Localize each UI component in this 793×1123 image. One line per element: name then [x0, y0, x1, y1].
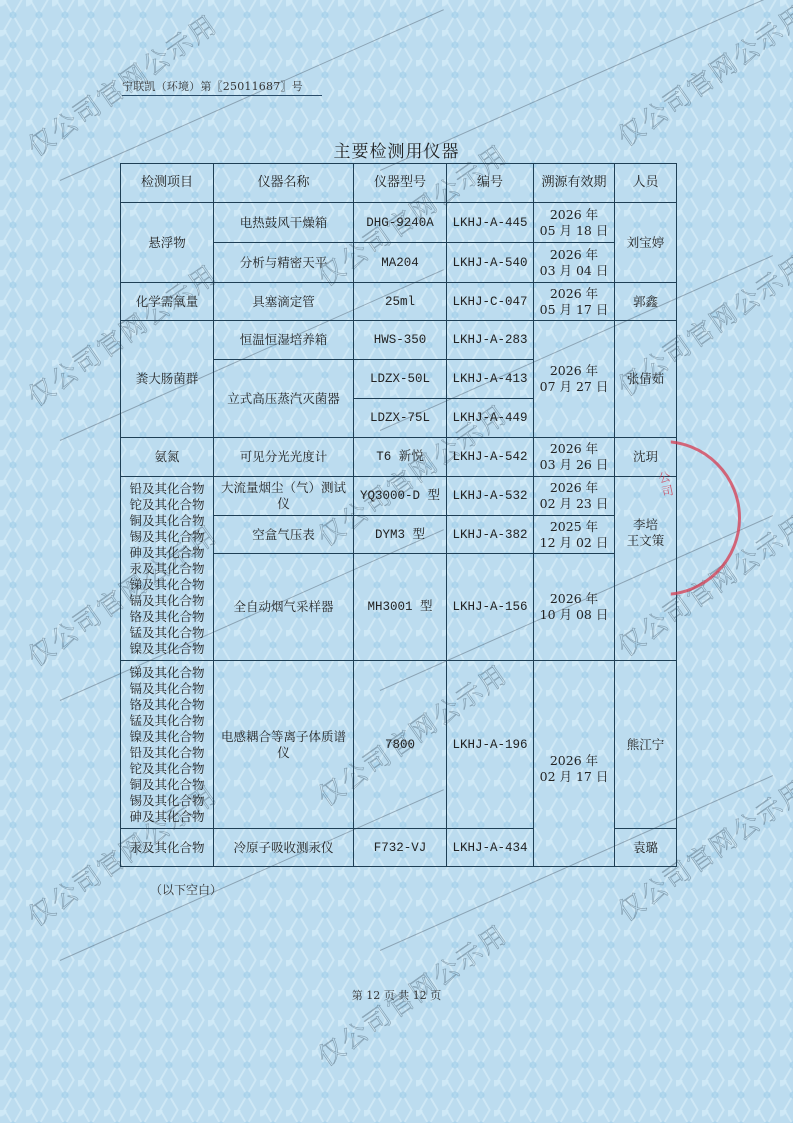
test-item-entry: 锑及其化合物 — [124, 577, 210, 593]
test-item-entry: 镍及其化合物 — [124, 729, 210, 745]
instrument-table: 检测项目 仪器名称 仪器型号 编号 溯源有效期 人员 悬浮物 电热鼓风干燥箱 D… — [120, 163, 677, 867]
instrument-name-cell: 立式高压蒸汽灭菌器 — [214, 360, 354, 438]
test-item-entry: 镉及其化合物 — [124, 681, 210, 697]
model-cell: F732-VJ — [354, 829, 447, 867]
personnel-cell: 郭鑫 — [615, 283, 677, 321]
test-item-cell: 化学需氧量 — [121, 283, 214, 321]
validity-cell: 2026 年05 月 18 日 — [534, 203, 615, 243]
validity-date: 05 月 17 日 — [537, 302, 611, 318]
id-cell: LKHJ-A-156 — [447, 554, 534, 661]
personnel-cell: 沈玥 — [615, 438, 677, 477]
test-item-entry: 砷及其化合物 — [124, 545, 210, 561]
test-item-cell: 悬浮物 — [121, 203, 214, 283]
test-item-entry: 铜及其化合物 — [124, 777, 210, 793]
table-row: 悬浮物 电热鼓风干燥箱 DHG-9240A LKHJ-A-445 2026 年0… — [121, 203, 677, 243]
test-item-entry: 锰及其化合物 — [124, 625, 210, 641]
column-header-model: 仪器型号 — [354, 164, 447, 203]
id-cell: LKHJ-A-283 — [447, 321, 534, 360]
test-item-entry: 锡及其化合物 — [124, 793, 210, 809]
id-cell: LKHJ-A-445 — [447, 203, 534, 243]
id-cell: LKHJ-A-449 — [447, 399, 534, 438]
validity-date: 05 月 18 日 — [537, 223, 611, 239]
instrument-name-cell: 冷原子吸收测汞仪 — [214, 829, 354, 867]
validity-year: 2026 年 — [537, 247, 611, 263]
personnel-cell: 李培王文策 — [615, 477, 677, 661]
test-item-entry: 铊及其化合物 — [124, 761, 210, 777]
validity-year: 2025 年 — [537, 519, 611, 535]
validity-cell: 2026 年05 月 17 日 — [534, 283, 615, 321]
test-item-entry: 铬及其化合物 — [124, 697, 210, 713]
id-cell: LKHJ-A-413 — [447, 360, 534, 399]
validity-cell: 2026 年10 月 08 日 — [534, 554, 615, 661]
model-cell: MA204 — [354, 243, 447, 283]
validity-date: 03 月 26 日 — [537, 457, 611, 473]
validity-date: 07 月 27 日 — [537, 379, 611, 395]
validity-date: 02 月 17 日 — [537, 769, 611, 785]
test-item-cell: 氨氮 — [121, 438, 214, 477]
instrument-name-cell: 具塞滴定管 — [214, 283, 354, 321]
model-cell: MH3001 型 — [354, 554, 447, 661]
personnel-name: 王文策 — [618, 533, 673, 549]
test-item-entry: 锡及其化合物 — [124, 529, 210, 545]
id-cell: LKHJ-C-047 — [447, 283, 534, 321]
table-row: 锑及其化合物镉及其化合物铬及其化合物锰及其化合物镍及其化合物铅及其化合物铊及其化… — [121, 661, 677, 829]
test-item-entry: 汞及其化合物 — [124, 561, 210, 577]
validity-year: 2026 年 — [537, 591, 611, 607]
test-item-entry: 镉及其化合物 — [124, 593, 210, 609]
personnel-cell: 刘宝婷 — [615, 203, 677, 283]
column-header-validity: 溯源有效期 — [534, 164, 615, 203]
model-cell: T6 新悦 — [354, 438, 447, 477]
instrument-name-cell: 空盒气压表 — [214, 516, 354, 554]
model-cell: 7800 — [354, 661, 447, 829]
model-cell: LDZX-50L — [354, 360, 447, 399]
model-cell: HWS-350 — [354, 321, 447, 360]
watermark-text: 仅公司官网公示用 — [609, 0, 793, 154]
test-item-entry: 砷及其化合物 — [124, 809, 210, 825]
column-header-test-item: 检测项目 — [121, 164, 214, 203]
validity-cell: 2026 年03 月 26 日 — [534, 438, 615, 477]
instrument-name-cell: 电感耦合等离子体质谱仪 — [214, 661, 354, 829]
instrument-name-cell: 全自动烟气采样器 — [214, 554, 354, 661]
model-cell: YQ3000-D 型 — [354, 477, 447, 516]
table-row: 粪大肠菌群 恒温恒湿培养箱 HWS-350 LKHJ-A-283 2026 年0… — [121, 321, 677, 360]
validity-year: 2026 年 — [537, 480, 611, 496]
validity-date: 12 月 02 日 — [537, 535, 611, 551]
id-cell: LKHJ-A-532 — [447, 477, 534, 516]
validity-cell: 2026 年02 月 23 日 — [534, 477, 615, 516]
instrument-name-cell: 大流量烟尘（气）测试仪 — [214, 477, 354, 516]
instrument-name-cell: 恒温恒湿培养箱 — [214, 321, 354, 360]
validity-cell: 2026 年03 月 04 日 — [534, 243, 615, 283]
table-row: 氨氮 可见分光光度计 T6 新悦 LKHJ-A-542 2026 年03 月 2… — [121, 438, 677, 477]
validity-cell: 2026 年02 月 17 日 — [534, 661, 615, 867]
report-reference-number: 宁联凯（环境）第〖25011687〗号 — [122, 78, 322, 96]
page-title: 主要检测用仪器 — [0, 137, 793, 162]
test-item-entry: 铅及其化合物 — [124, 745, 210, 761]
id-cell: LKHJ-A-382 — [447, 516, 534, 554]
model-cell: DHG-9240A — [354, 203, 447, 243]
test-item-list-cell: 锑及其化合物镉及其化合物铬及其化合物锰及其化合物镍及其化合物铅及其化合物铊及其化… — [121, 661, 214, 829]
personnel-cell: 张倩茹 — [615, 321, 677, 438]
instrument-name-cell: 分析与精密天平 — [214, 243, 354, 283]
table-row: 化学需氧量 具塞滴定管 25ml LKHJ-C-047 2026 年05 月 1… — [121, 283, 677, 321]
personnel-name: 李培 — [618, 517, 673, 533]
id-cell: LKHJ-A-542 — [447, 438, 534, 477]
validity-cell: 2026 年07 月 27 日 — [534, 321, 615, 438]
validity-year: 2026 年 — [537, 441, 611, 457]
test-item-list-cell: 铅及其化合物铊及其化合物铜及其化合物锡及其化合物砷及其化合物汞及其化合物锑及其化… — [121, 477, 214, 661]
validity-date: 02 月 23 日 — [537, 496, 611, 512]
personnel-cell: 袁璐 — [615, 829, 677, 867]
test-item-entry: 铜及其化合物 — [124, 513, 210, 529]
validity-cell: 2025 年12 月 02 日 — [534, 516, 615, 554]
validity-year: 2026 年 — [537, 753, 611, 769]
column-header-personnel: 人员 — [615, 164, 677, 203]
test-item-entry: 铊及其化合物 — [124, 497, 210, 513]
id-cell: LKHJ-A-540 — [447, 243, 534, 283]
model-cell: DYM3 型 — [354, 516, 447, 554]
column-header-instrument-name: 仪器名称 — [214, 164, 354, 203]
table-header-row: 检测项目 仪器名称 仪器型号 编号 溯源有效期 人员 — [121, 164, 677, 203]
validity-year: 2026 年 — [537, 363, 611, 379]
validity-year: 2026 年 — [537, 207, 611, 223]
model-cell: LDZX-75L — [354, 399, 447, 438]
instrument-name-cell: 可见分光光度计 — [214, 438, 354, 477]
validity-year: 2026 年 — [537, 286, 611, 302]
instrument-name-cell: 电热鼓风干燥箱 — [214, 203, 354, 243]
test-item-cell: 汞及其化合物 — [121, 829, 214, 867]
model-cell: 25ml — [354, 283, 447, 321]
test-item-entry: 镍及其化合物 — [124, 641, 210, 657]
test-item-entry: 铅及其化合物 — [124, 481, 210, 497]
test-item-cell: 粪大肠菌群 — [121, 321, 214, 438]
test-item-entry: 铬及其化合物 — [124, 609, 210, 625]
id-cell: LKHJ-A-434 — [447, 829, 534, 867]
validity-date: 03 月 04 日 — [537, 263, 611, 279]
personnel-cell: 熊江宁 — [615, 661, 677, 829]
test-item-entry: 锑及其化合物 — [124, 665, 210, 681]
id-cell: LKHJ-A-196 — [447, 661, 534, 829]
blank-below-note: （以下空白） — [150, 881, 222, 898]
page-number: 第 12 页 共 12 页 — [0, 987, 793, 1003]
test-item-entry: 锰及其化合物 — [124, 713, 210, 729]
validity-date: 10 月 08 日 — [537, 607, 611, 623]
column-header-id: 编号 — [447, 164, 534, 203]
table-row: 铅及其化合物铊及其化合物铜及其化合物锡及其化合物砷及其化合物汞及其化合物锑及其化… — [121, 477, 677, 516]
